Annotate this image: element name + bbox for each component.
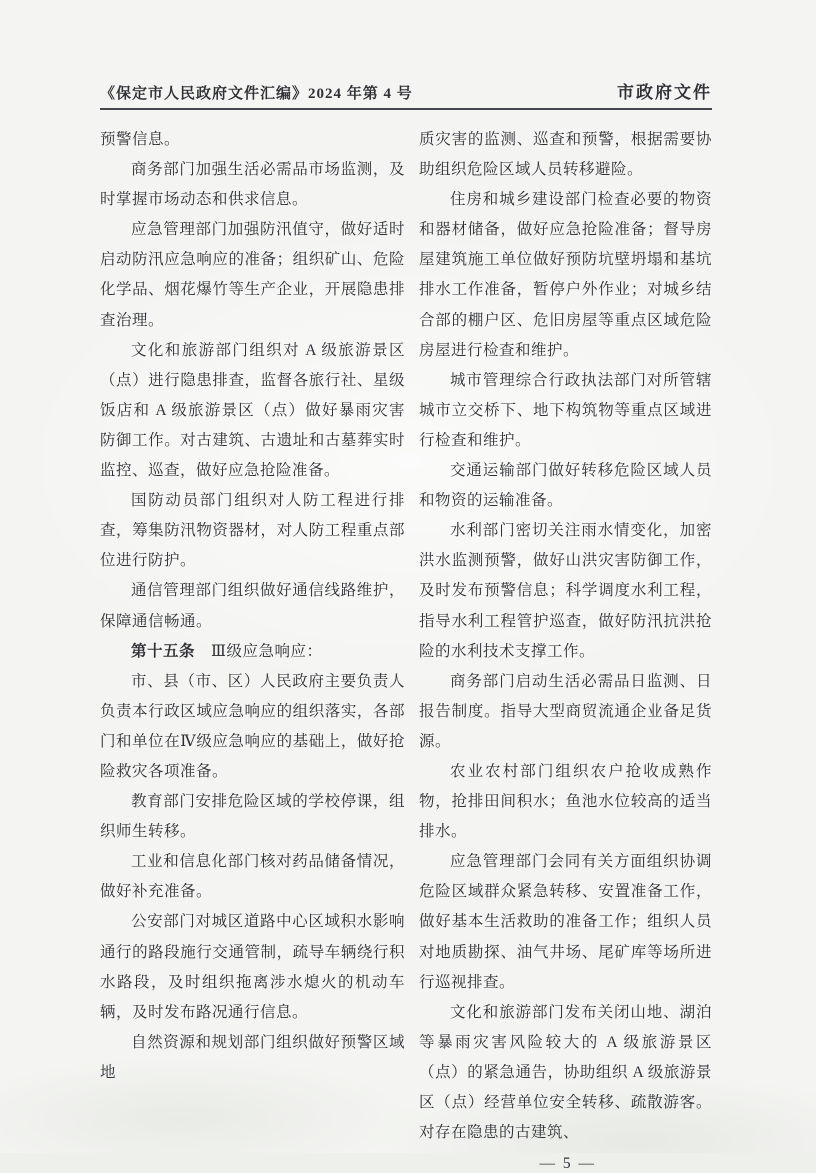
paragraph: 第十五条 Ⅲ级应急响应： — [100, 637, 405, 667]
paragraph: 质灾害的监测、巡查和预警，根据需要协助组织危险区域人员转移避险。 — [419, 125, 712, 185]
paragraph: 应急管理部门会同有关方面组织协调危险区域群众紧急转移、安置准备工作，做好基本生活… — [419, 847, 712, 997]
paragraph: 公安部门对城区道路中心区域积水影响通行的路段施行交通管制，疏导车辆绕行积水路段，… — [100, 907, 405, 1027]
paragraph: 水利部门密切关注雨水情变化，加密洪水监测预警，做好山洪灾害防御工作，及时发布预警… — [419, 516, 712, 666]
right-column: 质灾害的监测、巡查和预警，根据需要协助组织危险区域人员转移避险。住房和城乡建设部… — [419, 125, 712, 1148]
document-page: 《保定市人民政府文件汇编》2024 年第 4 号 市政府文件 预警信息。商务部门… — [0, 0, 816, 1153]
paragraph: 预警信息。 — [100, 125, 405, 155]
paragraph: 通信管理部门组织做好通信线路维护，保障通信畅通。 — [100, 576, 405, 636]
paragraph: 农业农村部门组织农户抢收成熟作物，抢排田间积水；鱼池水位较高的适当排水。 — [419, 757, 712, 847]
paragraph: 自然资源和规划部门组织做好预警区域地 — [100, 1028, 405, 1088]
paragraph: 文化和旅游部门组织对 A 级旅游景区（点）进行隐患排查，监督各旅行社、星级饭店和… — [100, 336, 405, 486]
compilation-title: 《保定市人民政府文件汇编》2024 年第 4 号 — [100, 82, 413, 103]
paragraph: 教育部门安排危险区域的学校停课，组织师生转移。 — [100, 787, 405, 847]
paragraph: 应急管理部门加强防汛值守，做好适时启动防汛应急响应的准备；组织矿山、危险化学品、… — [100, 215, 405, 335]
text-columns: 预警信息。商务部门加强生活必需品市场监测，及时掌握市场动态和供求信息。应急管理部… — [100, 125, 712, 1148]
article-number: 第十五条 — [131, 643, 195, 660]
paragraph: 国防动员部门组织对人防工程进行排查，筹集防汛物资器材，对人防工程重点部位进行防护… — [100, 486, 405, 576]
paragraph: 商务部门加强生活必需品市场监测，及时掌握市场动态和供求信息。 — [100, 155, 405, 215]
paragraph: 文化和旅游部门发布关闭山地、湖泊等暴雨灾害风险较大的 A 级旅游景区（点）的紧急… — [419, 998, 712, 1148]
paragraph: 城市管理综合行政执法部门对所管辖城市立交桥下、地下构筑物等重点区域进行检查和维护… — [419, 366, 712, 456]
paragraph: 住房和城乡建设部门检查必要的物资和器材储备，做好应急抢险准备；督导房屋建筑施工单… — [419, 185, 712, 366]
header-rule — [100, 108, 712, 110]
paragraph: 交通运输部门做好转移危险区域人员和物资的运输准备。 — [419, 456, 712, 516]
page-number: — 5 — — [100, 1155, 712, 1173]
paragraph: 工业和信息化部门核对药品储备情况，做好补充准备。 — [100, 847, 405, 907]
left-column: 预警信息。商务部门加强生活必需品市场监测，及时掌握市场动态和供求信息。应急管理部… — [100, 125, 405, 1148]
page-header: 《保定市人民政府文件汇编》2024 年第 4 号 市政府文件 — [100, 78, 712, 103]
paragraph: 商务部门启动生活必需品日监测、日报告制度。指导大型商贸流通企业备足货源。 — [419, 667, 712, 757]
document-category-label: 市政府文件 — [617, 78, 712, 103]
paragraph: 市、县（市、区）人民政府主要负责人负责本行政区域应急响应的组织落实，各部门和单位… — [100, 667, 405, 787]
